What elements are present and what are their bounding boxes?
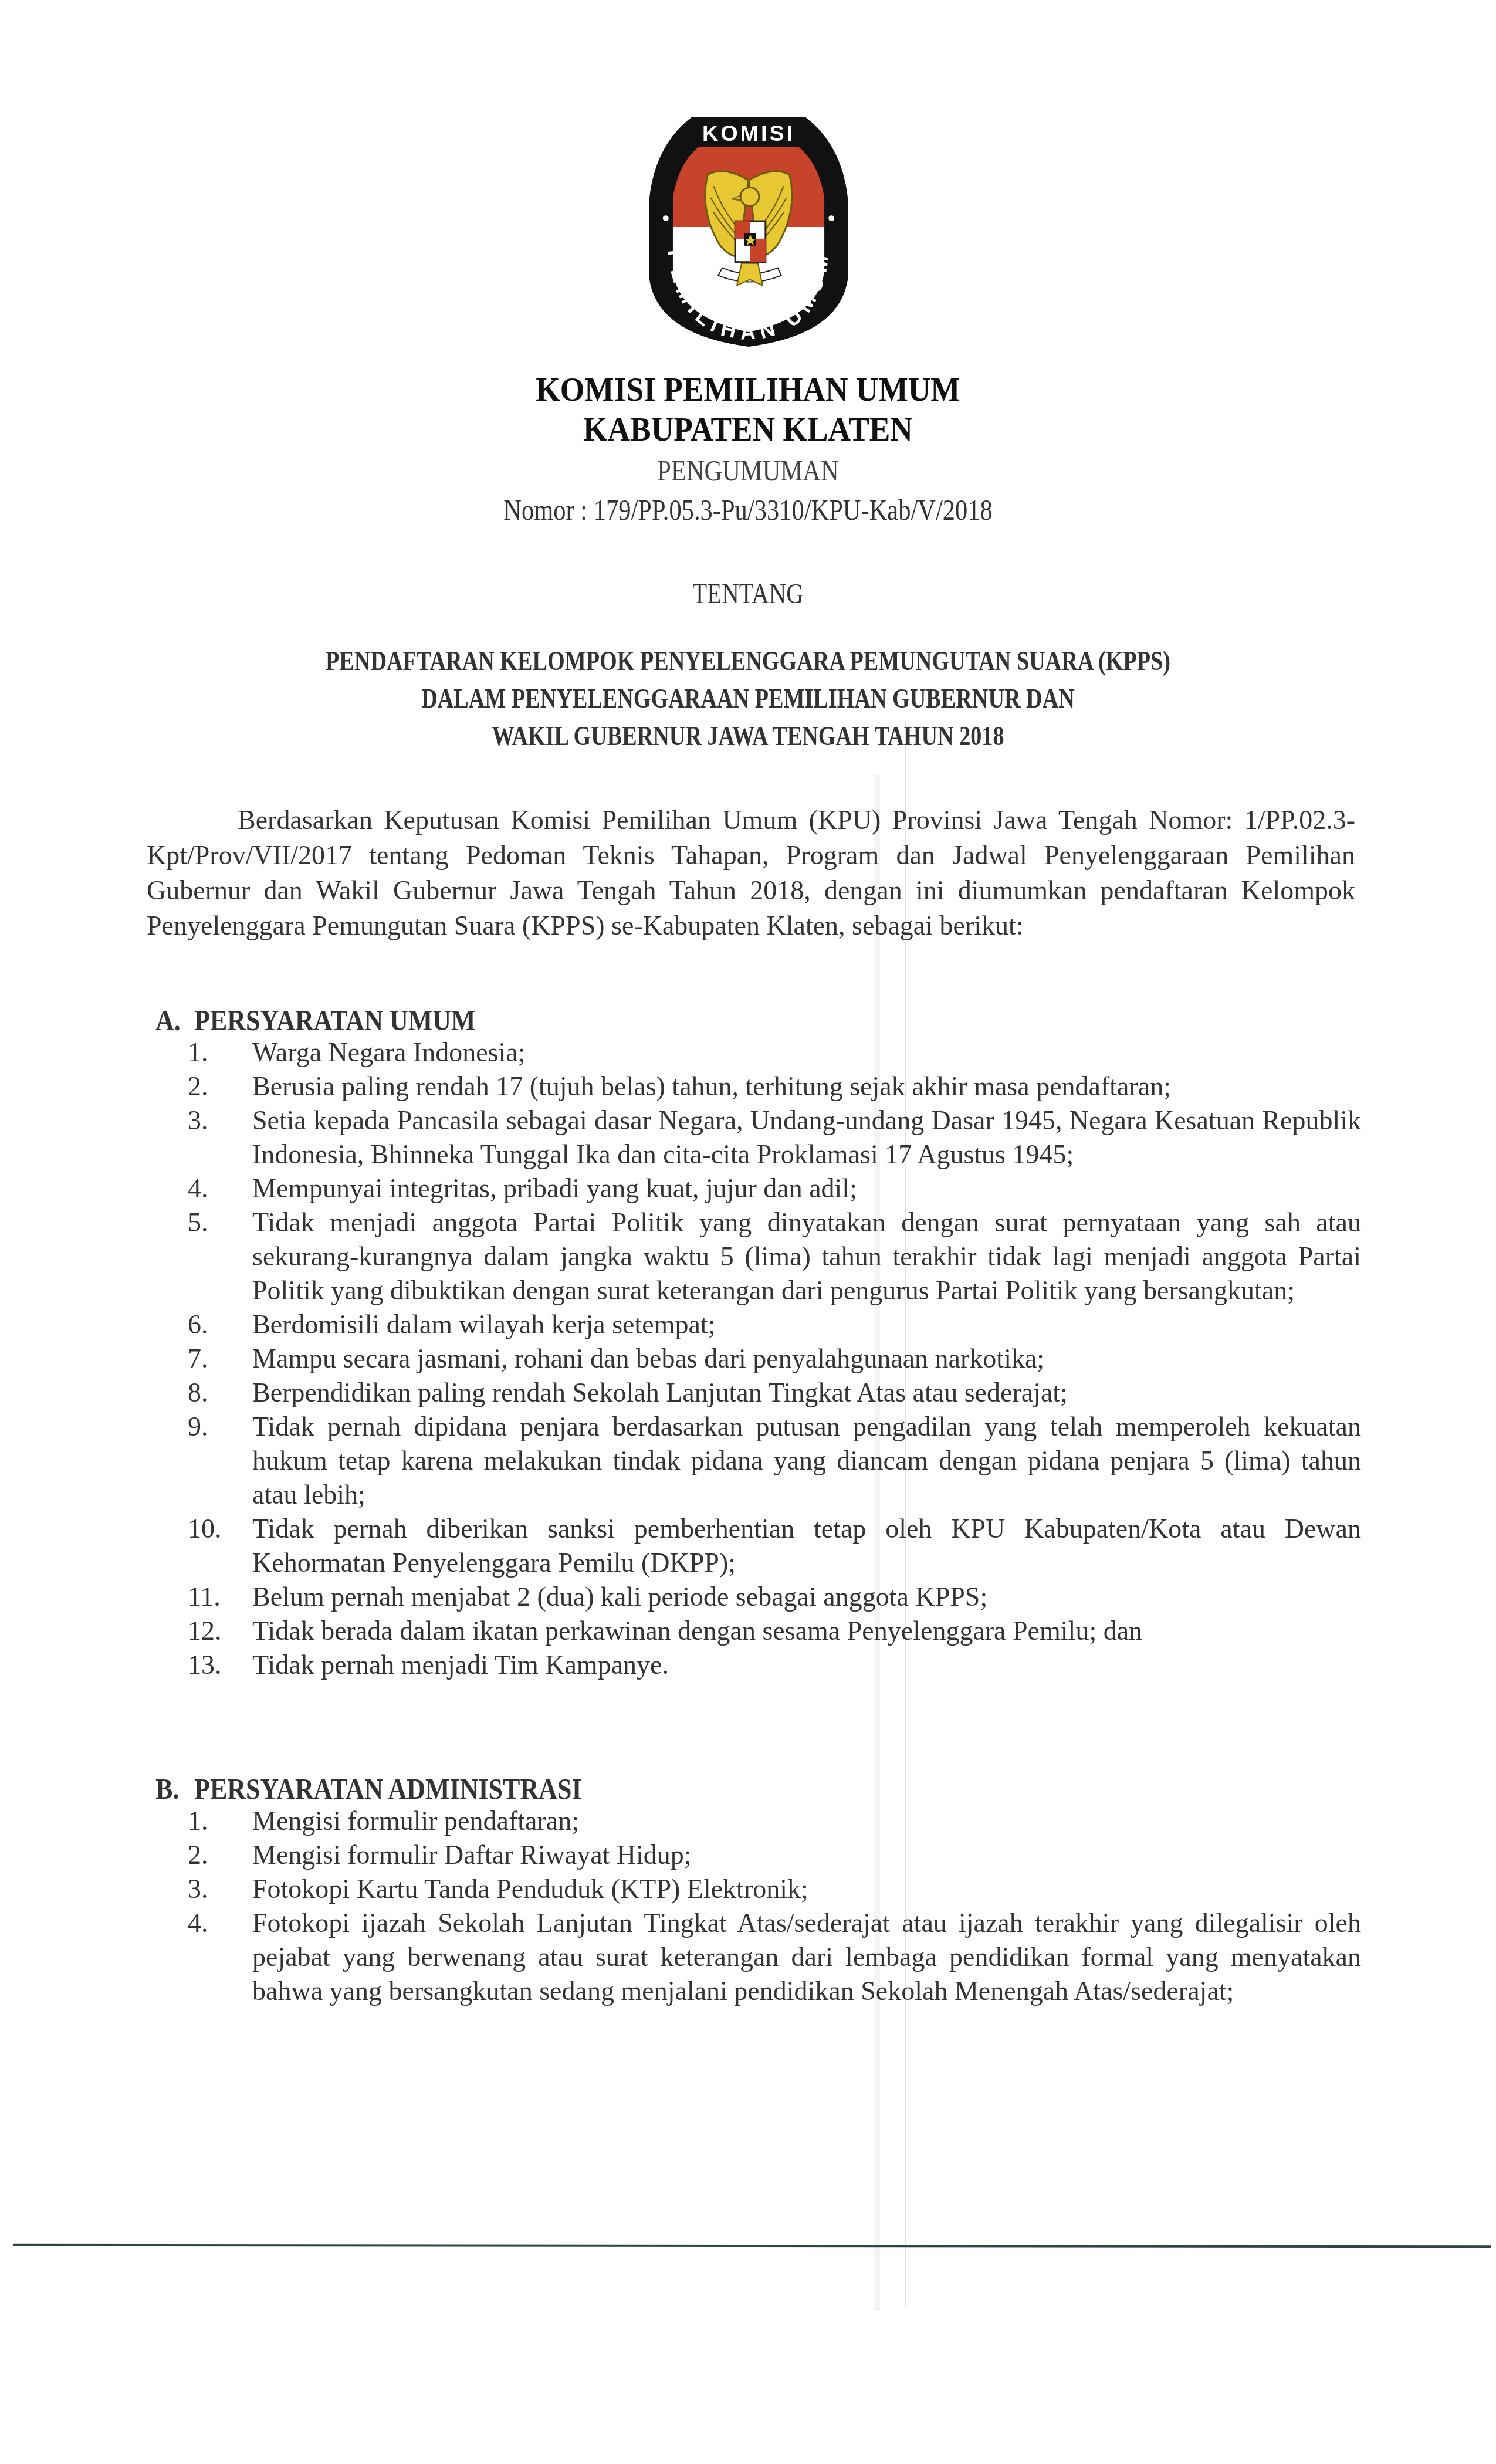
item-text: Tidak pernah menjadi Tim Kampanye. — [252, 1650, 669, 1680]
item-text: Berpendidikan paling rendah Sekolah Lanj… — [252, 1377, 1068, 1407]
subject-line: WAKIL GUBERNUR JAWA TENGAH TAHUN 2018 — [127, 717, 1369, 755]
section-letter: A. — [155, 1003, 194, 1037]
item-number: 6. — [188, 1308, 246, 1342]
item-number: 13. — [188, 1648, 246, 1682]
list-item: 12.Tidak berada dalam ikatan perkawinan … — [188, 1614, 1361, 1648]
item-text: Fotokopi Kartu Tanda Penduduk (KTP) Elek… — [252, 1874, 808, 1904]
list-item: 13.Tidak pernah menjadi Tim Kampanye. — [188, 1648, 1361, 1682]
item-number: 9. — [188, 1410, 246, 1444]
item-text: Mengisi formulir Daftar Riwayat Hidup; — [252, 1840, 692, 1870]
item-text: Tidak menjadi anggota Partai Politik yan… — [252, 1207, 1361, 1305]
list-item: 1.Mengisi formulir pendaftaran; — [188, 1804, 1361, 1838]
document-subject: PENDAFTARAN KELOMPOK PENYELENGGARA PEMUN… — [127, 642, 1369, 755]
list-item: 7.Mampu secara jasmani, rohani dan bebas… — [188, 1342, 1361, 1376]
section-a-heading: A.PERSYARATAN UMUM — [155, 1003, 476, 1037]
item-number: 10. — [188, 1512, 246, 1546]
list-item: 9.Tidak pernah dipidana penjara berdasar… — [188, 1410, 1361, 1512]
section-title: PERSYARATAN UMUM — [194, 1004, 476, 1037]
item-number: 4. — [188, 1906, 246, 1940]
list-item: 3.Setia kepada Pancasila sebagai dasar N… — [188, 1104, 1361, 1172]
item-number: 4. — [188, 1172, 246, 1206]
list-item: 2.Mengisi formulir Daftar Riwayat Hidup; — [188, 1838, 1361, 1872]
intro-paragraph: Berdasarkan Keputusan Komisi Pemilihan U… — [147, 803, 1355, 943]
item-number: 2. — [188, 1069, 246, 1104]
list-item: 2.Berusia paling rendah 17 (tujuh belas)… — [188, 1069, 1361, 1104]
item-text: Tidak berada dalam ikatan perkawinan den… — [252, 1616, 1142, 1646]
section-b-heading: B.PERSYARATAN ADMINISTRASI — [155, 1772, 582, 1806]
item-number: 3. — [188, 1872, 246, 1906]
item-text: Mampu secara jasmani, rohani dan bebas d… — [252, 1343, 1044, 1373]
list-item: 8.Berpendidikan paling rendah Sekolah La… — [188, 1376, 1361, 1410]
list-item: 11.Belum pernah menjabat 2 (dua) kali pe… — [188, 1580, 1361, 1614]
org-name-line1: KOMISI PEMILIHAN UMUM — [60, 370, 1436, 409]
item-text: Warga Negara Indonesia; — [252, 1037, 525, 1067]
list-item: 10.Tidak pernah diberikan sanksi pemberh… — [188, 1512, 1361, 1580]
document-number: Nomor : 179/PP.05.3-Pu/3310/KPU-Kab/V/20… — [112, 493, 1384, 527]
item-text: Fotokopi ijazah Sekolah Lanjutan Tingkat… — [252, 1908, 1361, 2006]
administrative-requirements-list: 1.Mengisi formulir pendaftaran;2.Mengisi… — [188, 1804, 1361, 2008]
footer-divider — [13, 2244, 1491, 2248]
item-number: 1. — [188, 1035, 246, 1069]
document-type: PENGUMUMAN — [112, 453, 1384, 488]
item-text: Mengisi formulir pendaftaran; — [252, 1806, 579, 1836]
logo-top-text: KOMISI — [702, 121, 795, 146]
item-number: 12. — [188, 1614, 246, 1648]
item-number: 5. — [188, 1206, 246, 1240]
kpu-logo-emblem: KOMISI PEMILIHAN UMUM — [644, 110, 854, 350]
subject-line: DALAM PENYELENGGARAAN PEMILIHAN GUBERNUR… — [127, 680, 1369, 717]
item-number: 2. — [188, 1838, 246, 1872]
item-number: 3. — [188, 1104, 246, 1138]
section-letter: B. — [155, 1772, 194, 1806]
list-item: 1.Warga Negara Indonesia; — [188, 1035, 1361, 1069]
item-number: 8. — [188, 1376, 246, 1410]
list-item: 6.Berdomisili dalam wilayah kerja setemp… — [188, 1308, 1361, 1342]
item-number: 7. — [188, 1342, 246, 1376]
item-number: 1. — [188, 1804, 246, 1838]
org-name-line2: KABUPATEN KLATEN — [60, 409, 1436, 449]
list-item: 4.Mempunyai integritas, pribadi yang kua… — [188, 1172, 1361, 1206]
tentang-label: TENTANG — [112, 578, 1384, 610]
list-item: 3.Fotokopi Kartu Tanda Penduduk (KTP) El… — [188, 1872, 1361, 1906]
item-text: Berdomisili dalam wilayah kerja setempat… — [252, 1309, 715, 1339]
section-title: PERSYARATAN ADMINISTRASI — [194, 1772, 582, 1805]
general-requirements-list: 1.Warga Negara Indonesia;2.Berusia palin… — [188, 1035, 1361, 1682]
item-number: 11. — [188, 1580, 246, 1614]
list-item: 4.Fotokopi ijazah Sekolah Lanjutan Tingk… — [188, 1906, 1361, 2008]
list-item: 5.Tidak menjadi anggota Partai Politik y… — [188, 1206, 1361, 1308]
subject-line: PENDAFTARAN KELOMPOK PENYELENGGARA PEMUN… — [127, 642, 1369, 680]
item-text: Tidak pernah diberikan sanksi pemberhent… — [252, 1514, 1361, 1578]
item-text: Tidak pernah dipidana penjara berdasarka… — [252, 1412, 1361, 1509]
item-text: Setia kepada Pancasila sebagai dasar Neg… — [252, 1105, 1361, 1169]
item-text: Berusia paling rendah 17 (tujuh belas) t… — [252, 1071, 1171, 1101]
item-text: Belum pernah menjabat 2 (dua) kali perio… — [252, 1582, 987, 1612]
item-text: Mempunyai integritas, pribadi yang kuat,… — [252, 1173, 857, 1203]
